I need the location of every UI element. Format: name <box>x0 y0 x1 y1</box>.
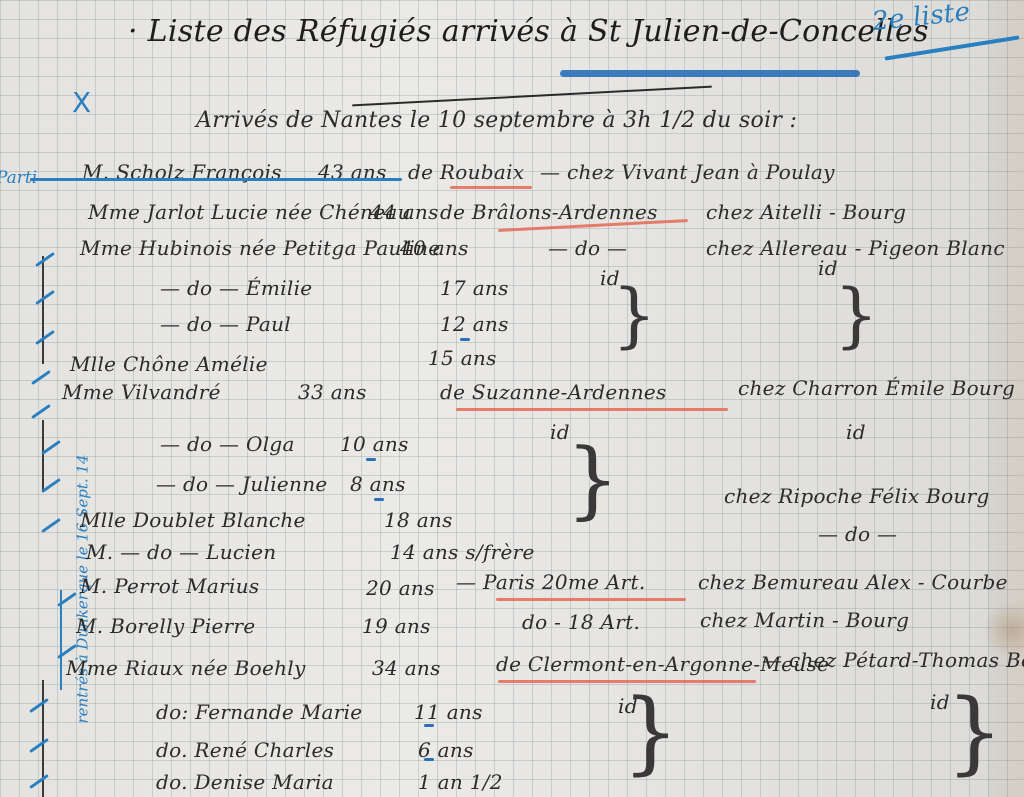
entry-age: 19 ans <box>362 614 431 638</box>
arrival-subtitle: Arrivés de Nantes le 10 septembre à 3h 1… <box>196 108 797 133</box>
entry-name: — do — Émilie <box>160 276 312 300</box>
entry-name: — do — Paul <box>160 312 291 336</box>
origin-red-underline <box>496 598 686 601</box>
blue-tick-mark <box>424 758 434 761</box>
entry-name: do: Fernande Marie <box>156 700 362 724</box>
entry-name: Mme Vilvandré <box>62 380 221 404</box>
entry-age: 33 ans <box>298 380 367 404</box>
brace-id-group: } <box>622 680 679 785</box>
blue-check-tick-icon <box>41 440 61 455</box>
entry-age: 34 ans <box>372 656 441 680</box>
entry-host: — do — <box>818 522 897 546</box>
entry-name: Mme Riaux née Boehly <box>66 656 306 680</box>
entry-origin: do - 18 Art. <box>522 610 640 634</box>
entry-host: chez Bemureau Alex - Courbe <box>698 570 1008 594</box>
entry-origin: de Brâlons-Ardennes <box>440 200 658 224</box>
entry-age: 40 ans <box>400 236 469 260</box>
brace-id-group: } <box>834 274 879 356</box>
entry-host: chez Aitelli - Bourg <box>706 200 906 224</box>
entry-name: Mme Jarlot Lucie née Chéneau <box>88 200 411 224</box>
title-blue-underline <box>560 70 860 77</box>
entry-name: M. — do — Lucien <box>86 540 276 564</box>
entry-name: M. Perrot Marius <box>80 574 259 598</box>
entry-name: M. Borelly Pierre <box>76 614 256 638</box>
entry-origin: — Paris 20me Art. <box>456 570 646 594</box>
blue-check-tick-icon <box>35 290 55 305</box>
entry-host: — chez Vivant Jean à Poulay <box>540 160 835 184</box>
blue-check-tick-icon <box>41 518 61 533</box>
entry-host: — chez Pétard-Thomas Bourg <box>762 648 1024 672</box>
family-bracket <box>42 420 44 492</box>
strike-through-line <box>30 178 402 181</box>
entry-age: 12 ans <box>440 312 509 336</box>
cross-mark-icon: X <box>72 86 91 119</box>
entry-origin: de Roubaix <box>408 160 524 184</box>
entry-host: chez Charron Émile Bourg <box>738 376 1015 400</box>
entry-name: do. Denise Maria <box>156 770 334 794</box>
entry-name: do. René Charles <box>156 738 334 762</box>
list-number-tag: 2e liste <box>871 0 972 37</box>
entry-host: chez Allereau - Pigeon Blanc <box>706 236 1005 260</box>
entry-age: 8 ans <box>350 472 406 496</box>
entry-name: Mlle Doublet Blanche <box>80 508 306 532</box>
entry-age: 11 ans <box>414 700 483 724</box>
page-title: · Liste des Réfugiés arrivés à St Julien… <box>128 14 929 49</box>
entry-host: id <box>846 420 866 444</box>
blue-check-tick-icon <box>31 370 51 385</box>
entry-age: 18 ans <box>384 508 453 532</box>
entry-origin: de Suzanne-Ardennes <box>440 380 667 404</box>
entry-origin: — do — <box>548 236 627 260</box>
origin-red-underline <box>450 186 532 189</box>
blue-check-tick-icon <box>29 698 49 713</box>
blue-check-tick-icon <box>29 738 49 753</box>
blue-check-tick-icon <box>31 404 51 419</box>
entry-age: 17 ans <box>440 276 509 300</box>
blue-tick-mark <box>374 498 384 501</box>
entry-age: 10 ans <box>340 432 409 456</box>
entry-host: chez Ripoche Félix Bourg <box>724 484 990 508</box>
blue-tick-mark <box>366 458 376 461</box>
blue-tick-mark <box>424 724 434 727</box>
entry-name: Mlle Chône Amélie <box>70 352 268 376</box>
blue-margin-bracket <box>60 590 62 690</box>
entry-host: chez Martin - Bourg <box>700 608 909 632</box>
entry-name: — do — Julienne <box>156 472 328 496</box>
blue-tick-mark <box>460 338 470 341</box>
entry-age: 44 ans <box>370 200 439 224</box>
blue-check-tick-icon <box>35 330 55 345</box>
brace-id-group: } <box>612 274 657 356</box>
origin-red-underline <box>456 408 728 411</box>
title-black-underline <box>352 86 712 107</box>
family-bracket <box>42 256 44 364</box>
blue-check-tick-icon <box>29 774 49 789</box>
handwritten-register-page: · Liste des Réfugiés arrivés à St Julien… <box>0 0 1024 797</box>
brace-id-group: } <box>946 680 1003 785</box>
entry-age: 20 ans <box>366 576 435 600</box>
blue-check-tick-icon <box>41 478 61 493</box>
entry-name: — do — Olga <box>160 432 295 456</box>
entry-name: Mme Hubinois née Petitga Pauline <box>80 236 440 260</box>
entry-age: 1 an 1/2 <box>418 770 503 794</box>
entry-age: 14 ans s/frère <box>390 540 535 564</box>
blue-check-tick-icon <box>35 252 55 267</box>
brace-id-group: } <box>566 430 619 528</box>
entry-age: 15 ans <box>428 346 497 370</box>
